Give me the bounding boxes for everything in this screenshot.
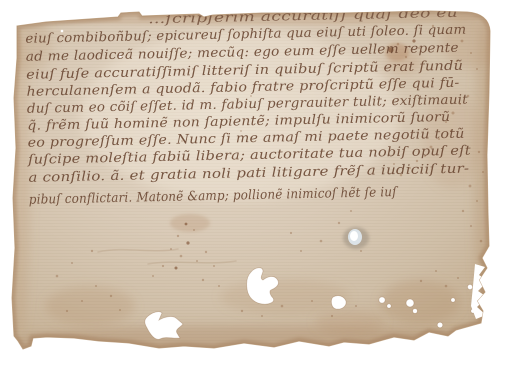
manuscript-photograph: …ſcripſerim̃ accuratiſſ quaſ deo eu eiuſ… (0, 0, 510, 373)
paper-hole (379, 297, 385, 303)
sheet-surface: …ſcripſerim̃ accuratiſſ quaſ deo eu eiuſ… (0, 0, 510, 373)
paper-hole (331, 296, 346, 310)
handwritten-text-block: …ſcripſerim̃ accuratiſſ quaſ deo eu eiuſ… (24, 6, 473, 208)
photo-canvas: …ſcripſerim̃ accuratiſſ quaſ deo eu eiuſ… (0, 0, 510, 373)
